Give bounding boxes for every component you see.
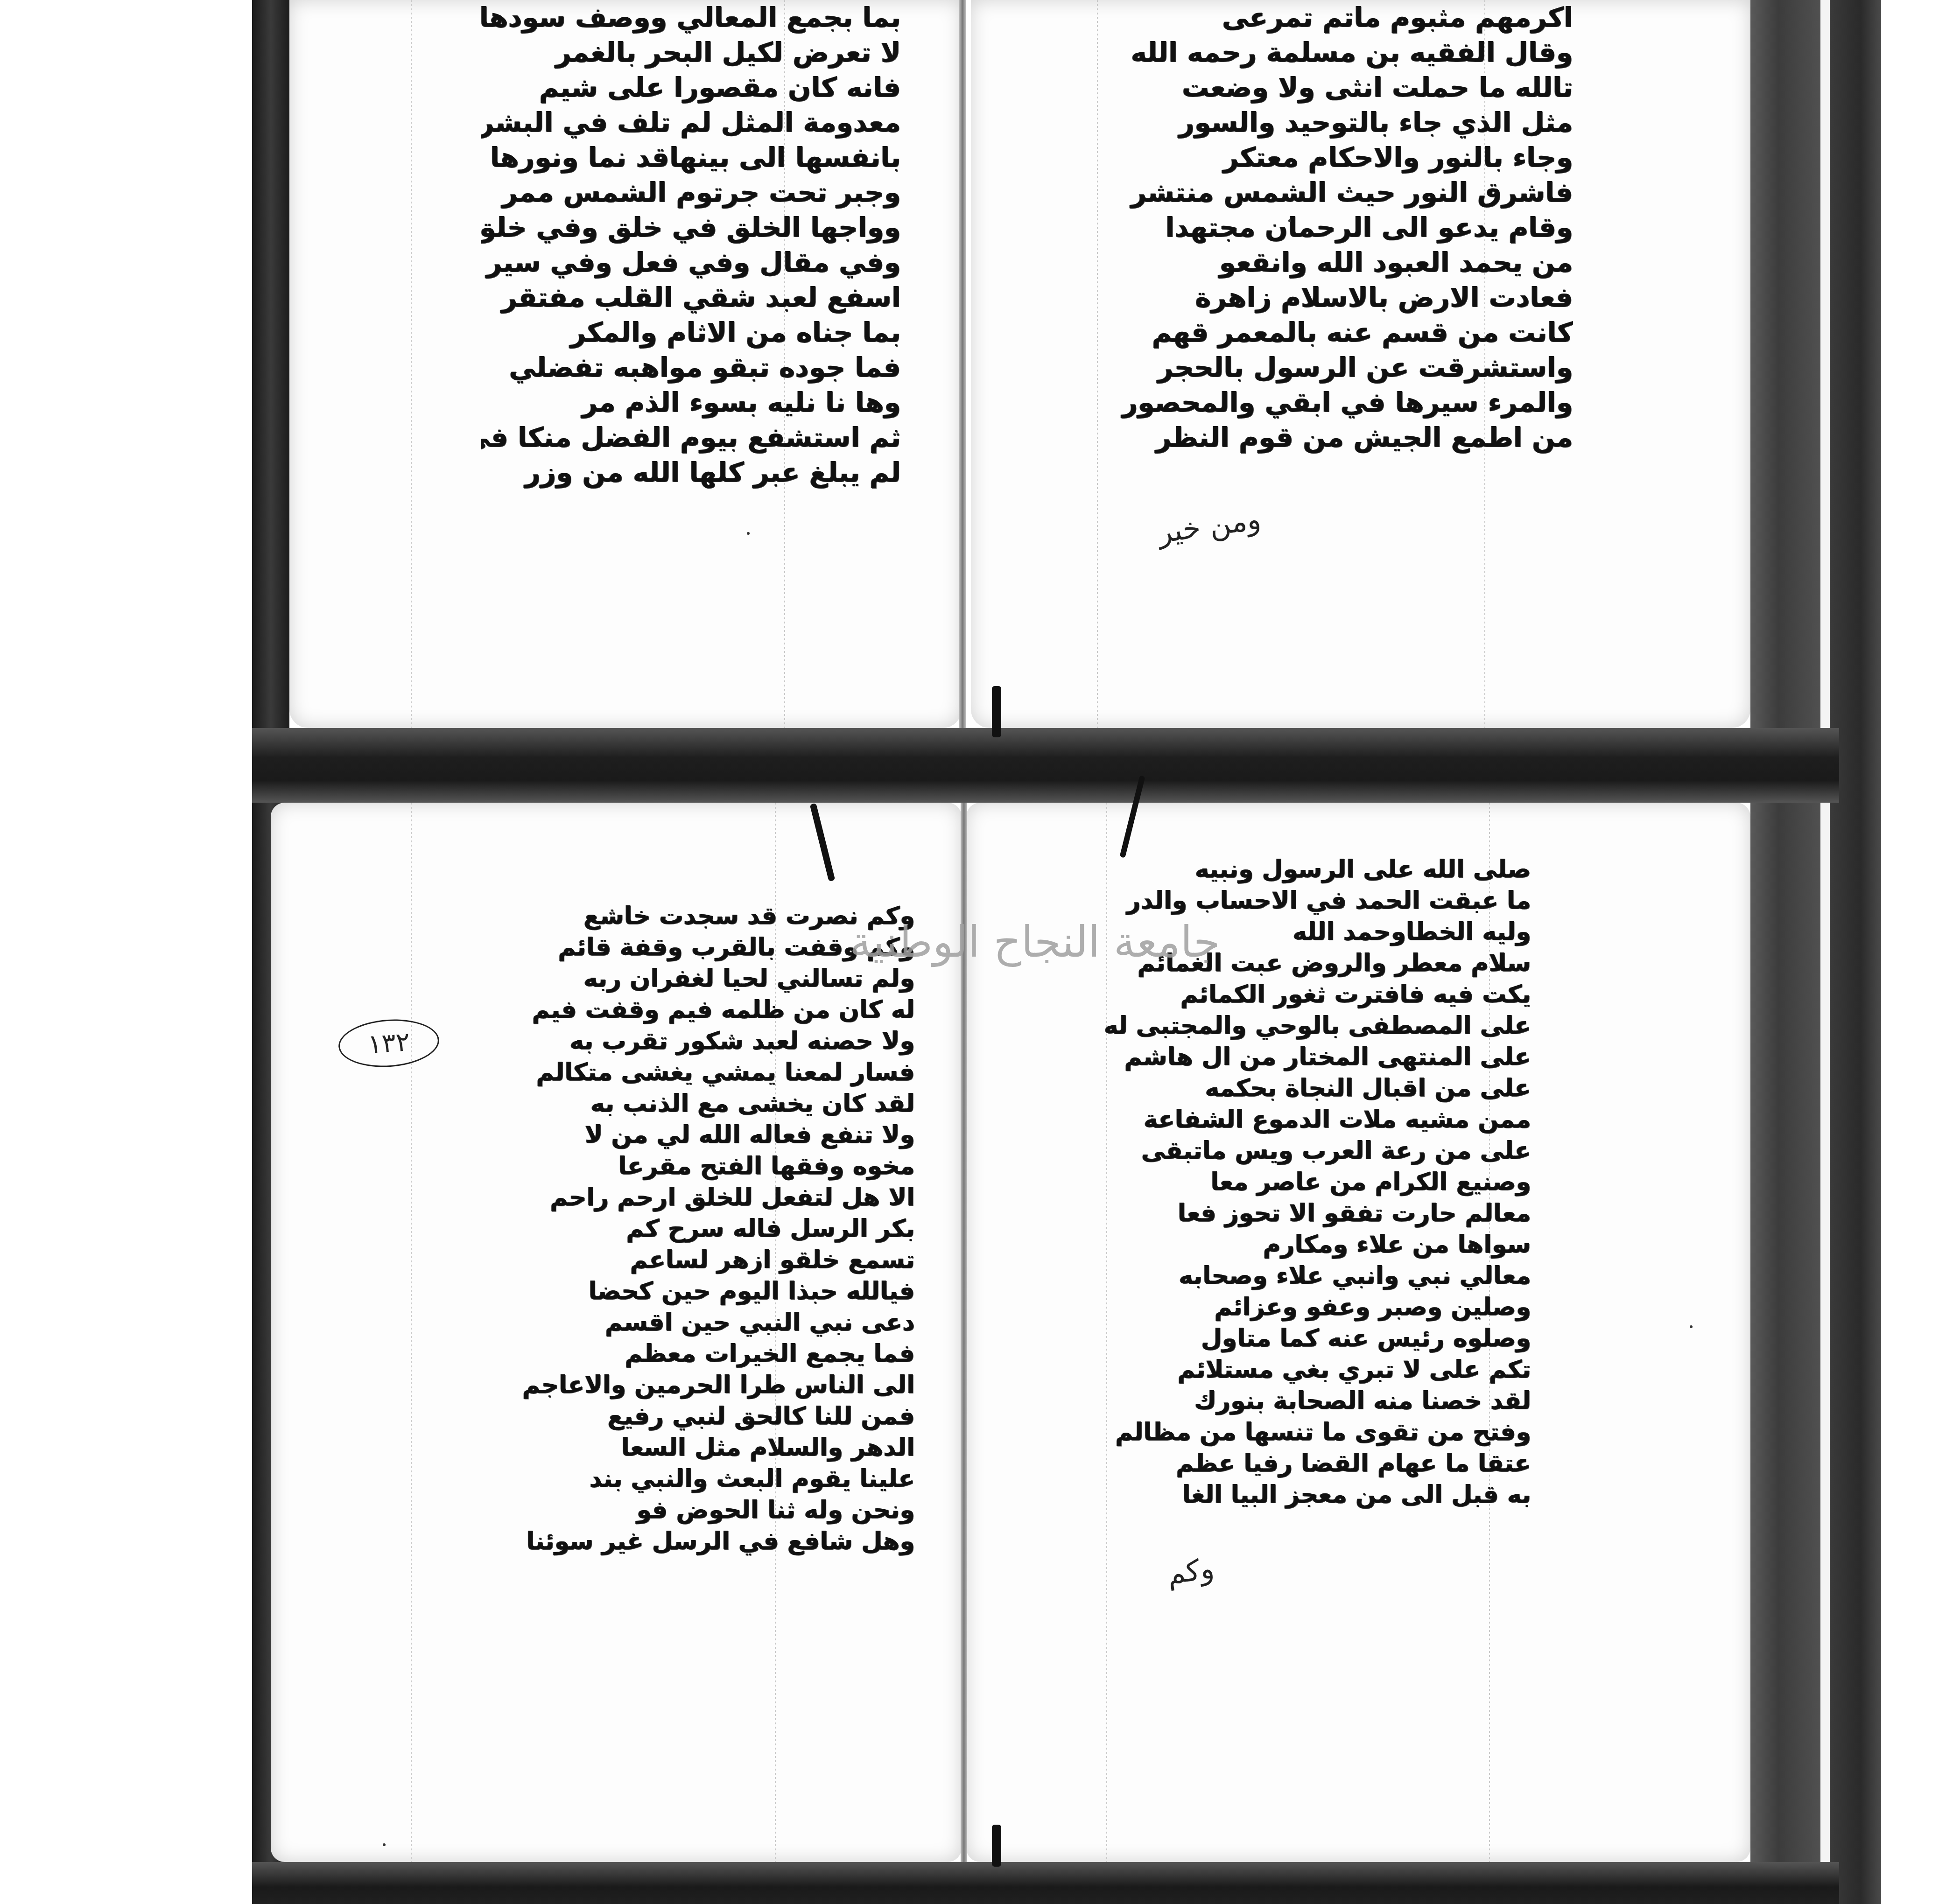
manuscript-line: وفي مقال وفي فعل وفي سير (481, 245, 901, 280)
manuscript-line: ولم تسالني لحيا لغفران ربه (481, 963, 915, 994)
manuscript-line: مخوه وفقها الفتح مقرعا (481, 1151, 915, 1182)
manuscript-line: عتقا ما عهام القضا رفيا عظم (1064, 1448, 1531, 1479)
manuscript-line: فسار لمعنا يمشي يغشى متكالم (481, 1057, 915, 1088)
ink-speck (383, 1843, 386, 1846)
manuscript-line: فاشرق النور حيث الشمس منتشر (1069, 175, 1573, 210)
manuscript-line: وقال الفقيه بن مسلمة رحمه الله (1069, 35, 1573, 70)
ruling-line (411, 803, 412, 1862)
text-block-bottom-left: وكم نصرت قد سجدت خاشع وكم وقفت بالقرب وق… (481, 901, 915, 1557)
catchword: وكم (1165, 1551, 1216, 1591)
manuscript-line: ما عبقت الحمد في الاحساب والدر (1064, 885, 1531, 917)
manuscript-line: به قبل الى من معجز البيا الغا (1064, 1479, 1531, 1511)
manuscript-line: على من اقبال النجاة بحكمه (1064, 1073, 1531, 1104)
manuscript-line: من اطمع الجيش من قوم النظر (1069, 420, 1573, 455)
manuscript-line: صلى الله على الرسول ونبيه (1064, 854, 1531, 885)
manuscript-line: وصلوه رئيس عنه كما متاول (1064, 1323, 1531, 1354)
ruling-line (411, 0, 412, 728)
manuscript-line: ولا تنفع فعاله الله لي من لا (481, 1120, 915, 1151)
manuscript-line: على المنتهى المختار من ال هاشم (1064, 1042, 1531, 1073)
manuscript-line: فانه كان مقصورا على شيم (481, 70, 901, 105)
manuscript-line: وفتح من تقوى ما تنسها من مظالم (1064, 1417, 1531, 1448)
film-strip-sprocket-edge (1830, 0, 1881, 1904)
gutter-tie (992, 686, 1001, 737)
manuscript-line: تالله ما حملت انثى ولا وضعت (1069, 70, 1573, 105)
manuscript-line: ممن مشيه ملات الدموع الشفاعة (1064, 1104, 1531, 1135)
manuscript-line: دعى نبي النبي حين اقسم (481, 1307, 915, 1338)
manuscript-line: كانت من قسم عنه بالمعمر قهم (1069, 315, 1573, 350)
ink-speck (747, 532, 750, 535)
ink-speck (1288, 219, 1291, 222)
manuscript-line: وهل شافع في الرسل غير سوئنا (481, 1526, 915, 1557)
manuscript-line: فيالله حبذا اليوم حين كحضا (481, 1276, 915, 1307)
manuscript-line: يكت فيه فافترت ثغور الكمائم (1064, 979, 1531, 1010)
manuscript-line: واستشرقت عن الرسول بالحجر (1069, 350, 1573, 385)
film-strip-right-border (1750, 0, 1820, 1904)
manuscript-line: من يحمد العبود الله وانقعو (1069, 245, 1573, 280)
manuscript-line: سواها من علاء ومكارم (1064, 1229, 1531, 1260)
manuscript-line: لا تعرض لكيل البحر بالغمر (481, 35, 901, 70)
film-frame-bottom-border (252, 1862, 1839, 1904)
manuscript-line: بانفسها الى بينهاقد نما ونورها (481, 140, 901, 175)
manuscript-line: على المصطفى بالوحي والمجتبى له (1064, 1010, 1531, 1042)
manuscript-line: الدهر والسلام مثل السعا (481, 1432, 915, 1463)
manuscript-line: لقد كان يخشى مع الذنب به (481, 1088, 915, 1120)
manuscript-line: بما بجمع المعالي ووصف سودها (481, 0, 901, 35)
manuscript-line: وها نا نليه بسوء الذم مر (481, 385, 901, 420)
manuscript-line: معدومة المثل لم تلف في البشر (481, 105, 901, 140)
manuscript-line: لم يبلغ عبر كلها الله من وزر (481, 455, 901, 490)
manuscript-line: بكر الرسل فاله سرح كم (481, 1213, 915, 1245)
manuscript-line: على من رعة العرب ويس ماتبقى (1064, 1135, 1531, 1167)
manuscript-line: وواجها الخلق في خلق وفي خلق (481, 210, 901, 245)
manuscript-line: علينا يقوم البعث والنبي بند (481, 1463, 915, 1495)
manuscript-line: له كان من ظلمه فيم وقفت فيم (481, 994, 915, 1026)
ink-speck (1690, 1325, 1693, 1328)
manuscript-line: وقام يدعو الى الرحمان مجتهدا (1069, 210, 1573, 245)
manuscript-line: فما جوده تبقو مواهبه تفضلي (481, 350, 901, 385)
manuscript-line: ولا حصنه لعبد شكور تقرب به (481, 1026, 915, 1057)
manuscript-line: وصلين وصبر وعفو وعزائم (1064, 1292, 1531, 1323)
manuscript-line: اكرمهم مثبوم ماتم تمرعى (1069, 0, 1573, 35)
manuscript-line: بما جناه من الاثام والمكر (481, 315, 901, 350)
manuscript-line: ونحن وله ثنا الحوض فو (481, 1495, 915, 1526)
library-watermark: جامعة النجاح الوطنية (850, 917, 1220, 967)
manuscript-line: وجبر تحت جرتوم الشمس ممر (481, 175, 901, 210)
manuscript-line: تسمع خلقو ازهر لساعم (481, 1245, 915, 1276)
folio-number: ١٣٢ (367, 1027, 411, 1060)
manuscript-line: فمن للنا كالحق لنبي رفيع (481, 1401, 915, 1432)
text-block-top-right: اكرمهم مثبوم ماتم تمرعى وقال الفقيه بن م… (1069, 0, 1573, 455)
manuscript-line: لقد خصنا منه الصحابة بنورك (1064, 1386, 1531, 1417)
manuscript-line: تكم على لا تبري بغي مستلائم (1064, 1354, 1531, 1386)
gutter-tie (992, 1825, 1001, 1867)
manuscript-line: وجاء بالنور والاحكام معتكر (1069, 140, 1573, 175)
manuscript-line: وصنيع الكرام من عاصر معا (1064, 1167, 1531, 1198)
manuscript-line: فما يجمع الخيرات معظم (481, 1338, 915, 1370)
film-frame-separator (252, 728, 1839, 803)
manuscript-line: اسفع لعبد شقي القلب مفتقر (481, 280, 901, 315)
manuscript-line: ثم استشفع بيوم الفضل منكا في (481, 420, 901, 455)
manuscript-line: معالي نبي وانبي علاء وصحابه (1064, 1260, 1531, 1292)
manuscript-line: الا هل لتفعل للخلق ارحم راحم (481, 1182, 915, 1213)
manuscript-line: فعادت الارض بالاسلام زاهرة (1069, 280, 1573, 315)
manuscript-line: والمرء سيرها في ابقي والمحصور (1069, 385, 1573, 420)
manuscript-line: معالم حارت تفقو الا تحوز فعا (1064, 1198, 1531, 1229)
manuscript-line: مثل الذي جاء بالتوحيد والسور (1069, 105, 1573, 140)
text-block-top-left: بما بجمع المعالي ووصف سودها لا تعرض لكيل… (481, 0, 901, 490)
binding-gutter (959, 0, 966, 728)
film-strip-gap (1820, 0, 1830, 1904)
manuscript-line: الى الناس طرا الحرمين والاعاجم (481, 1370, 915, 1401)
